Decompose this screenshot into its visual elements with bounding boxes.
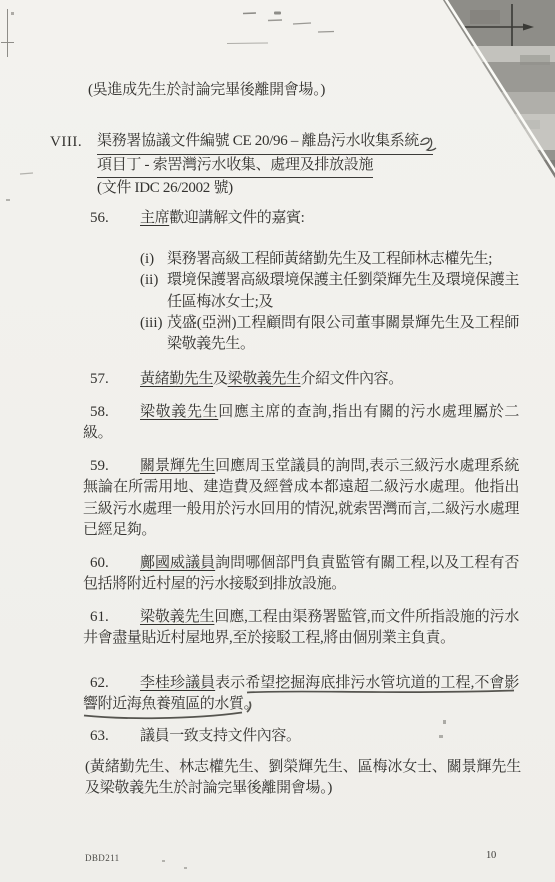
- document-reference: (文件 IDC 26/2002 號): [97, 178, 527, 200]
- paragraph-number: 60.: [90, 553, 109, 574]
- text-run: 及: [213, 371, 228, 387]
- paragraph-text: 梁敬義先生回應,工程由渠務署監管,而文件所指設施的污水井會盡量貼近村屋地界,至於…: [83, 607, 519, 650]
- departure-note-bottom: (黃緒勤先生、林志權先生、劉榮輝先生、區梅冰女士、關景輝先生及梁敬義先生於討論完…: [85, 757, 521, 800]
- guest-list: (i)渠務署高級工程師黃緒勤先生及工程師林志權先生;(ii)環境保護署高級環境保…: [83, 249, 519, 355]
- paragraph-text: 鄺國威議員詢問哪個部門負責監管有關工程,以及工程有否包括將附近村屋的污水接駁到排…: [83, 553, 519, 596]
- cross-mark-icon: [463, 4, 534, 46]
- underlined-name: 黃緒勤先生: [140, 371, 213, 387]
- left-edge-cross-mark: [1, 9, 14, 57]
- list-text: 渠務署高級工程師黃緒勤先生及工程師林志權先生;: [167, 251, 492, 267]
- top-center-scuffs: [227, 12, 334, 44]
- paragraph-59: 59. 關景輝先生回應周玉堂議員的詢問,表示三級污水處理系統無論在所需用地、建造…: [83, 456, 519, 541]
- speck: [184, 867, 187, 869]
- scanned-page: (吳進成先生於討論完畢後離開會場。) VIII. 渠務署協議文件編號 CE 20…: [0, 0, 555, 882]
- paragraph-text: 梁敬義先生回應主席的查詢,指出有關的污水處理屬於二級。: [83, 402, 519, 445]
- list-marker: (ii): [140, 270, 158, 291]
- section-title-line1-row: 渠務署協議文件編號 CE 20/96 – 離島污水收集系統: [97, 131, 527, 155]
- paragraph-61: 61. 梁敬義先生回應,工程由渠務署監管,而文件所指設施的污水井會盡量貼近村屋地…: [83, 607, 519, 650]
- section-title-line2-row: 項目丁 - 索罟灣污水收集、處理及排放設施: [97, 155, 527, 179]
- departure-note-top: (吳進成先生於討論完畢後離開會場。): [88, 80, 528, 101]
- list-marker: (i): [140, 249, 154, 270]
- speck: [162, 860, 165, 862]
- paragraph-number: 61.: [90, 607, 109, 628]
- list-text: 環境保護署高級環境保護主任劉榮輝先生及環境保護主任區梅冰女士;及: [167, 272, 519, 309]
- section-numeral: VIII.: [50, 132, 82, 154]
- list-text: 茂盛(亞洲)工程顧問有限公司董事關景輝先生及工程師梁敬義先生。: [167, 315, 519, 352]
- left-dash: [20, 173, 33, 174]
- list-marker: (iii): [140, 313, 163, 334]
- speck: [443, 720, 446, 724]
- list-item: (i)渠務署高級工程師黃緒勤先生及工程師林志權先生;: [83, 249, 519, 270]
- paragraph-60: 60. 鄺國威議員詢問哪個部門負責監管有關工程,以及工程有否包括將附近村屋的污水…: [83, 553, 519, 596]
- paragraph-58: 58. 梁敬義先生回應主席的查詢,指出有關的污水處理屬於二級。: [83, 402, 519, 445]
- paragraph-number: 59.: [90, 456, 109, 477]
- underlined-name: 主席: [140, 210, 169, 226]
- underlined-name: 李桂珍議員: [140, 675, 215, 691]
- underlined-name: 梁敬義先生: [140, 609, 214, 625]
- text-run: 歡迎講解文件的嘉賓:: [169, 210, 304, 226]
- underlined-name: 梁敬義先生: [228, 371, 301, 387]
- paragraph-number: 58.: [90, 402, 109, 423]
- paragraph-56: 56. 主席歡迎講解文件的嘉賓:: [83, 208, 519, 229]
- paragraph-number: 56.: [90, 208, 109, 229]
- list-item: (iii)茂盛(亞洲)工程顧問有限公司董事關景輝先生及工程師梁敬義先生。: [83, 313, 519, 356]
- paragraph-text: 主席歡迎講解文件的嘉賓:: [83, 208, 519, 229]
- paragraph-63: 63. 議員一致支持文件內容。: [83, 726, 519, 747]
- text-run: 介紹文件內容。: [301, 371, 403, 387]
- paragraph-number: 62.: [90, 673, 109, 694]
- speck: [11, 12, 14, 15]
- paragraph-text: 黃緒勤先生及梁敬義先生介紹文件內容。: [83, 369, 519, 390]
- section-heading: VIII. 渠務署協議文件編號 CE 20/96 – 離島污水收集系統 項目丁 …: [97, 131, 527, 200]
- paragraph-text: 關景輝先生回應周玉堂議員的詢問,表示三級污水處理系統無論在所需用地、建造費及經營…: [83, 456, 519, 541]
- paragraph-number: 57.: [90, 369, 109, 390]
- text-run: 議員一致支持文件內容。: [140, 728, 301, 744]
- paragraph-text: 李桂珍議員表示希望挖掘海底排污水管坑道的工程,不會影響附近海魚養殖區的水質。: [83, 673, 519, 716]
- speck: [6, 199, 10, 201]
- underlined-name: 關景輝先生: [140, 458, 215, 474]
- paragraph-62: 62. 李桂珍議員表示希望挖掘海底排污水管坑道的工程,不會影響附近海魚養殖區的水…: [83, 673, 519, 716]
- underlined-name: 梁敬義先生: [140, 404, 218, 420]
- list-item: (ii)環境保護署高級環境保護主任劉榮輝先生及環境保護主任區梅冰女士;及: [83, 270, 519, 313]
- paragraph-text: 議員一致支持文件內容。: [83, 726, 519, 747]
- paragraph-57: 57. 黃緒勤先生及梁敬義先生介紹文件內容。: [83, 369, 519, 390]
- document-code: DBD211: [85, 852, 120, 864]
- page-number: 10: [486, 850, 496, 862]
- underlined-name: 鄺國威議員: [140, 555, 215, 571]
- section-title-line1: 渠務署協議文件編號 CE 20/96 – 離島污水收集系統: [97, 131, 433, 155]
- section-title-line2: 項目丁 - 索罟灣污水收集、處理及排放設施: [97, 155, 373, 179]
- paragraph-number: 63.: [90, 726, 109, 747]
